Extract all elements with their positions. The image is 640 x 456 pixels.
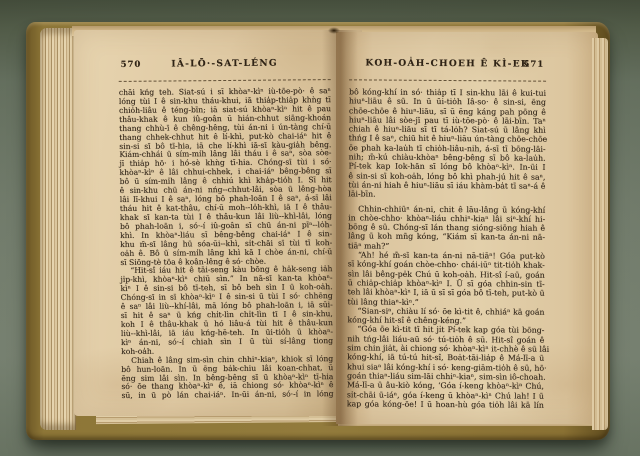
right-running-head: KOH-OA̍H-CHOEH Ê KÌ-EK <box>365 58 530 69</box>
header-rule <box>349 79 546 81</box>
spine-notch <box>326 26 342 35</box>
page-edges-top <box>72 26 596 36</box>
right-page-header: KOH-OA̍H-CHOEH Ê KÌ-EK 571 <box>349 58 546 71</box>
text-line: kap góa kóng-ōe! I ū hoan-hù góa tio̍h l… <box>347 399 544 410</box>
left-running-head: IÂ-LŌ·-SAT-LÉNG <box>171 59 278 70</box>
page-edges-left <box>40 28 76 430</box>
left-page-body: chāi kńg teh. Siat-sú i sī khòaⁿ-kìⁿ iù-… <box>119 87 334 401</box>
page-edges-bottom-left <box>96 413 350 424</box>
page-edges-bottom-right <box>338 420 594 426</box>
left-page-text: 570 IÂ-LŌ·-SAT-LÉNG chāi kńg teh. Siat-s… <box>119 56 334 401</box>
left-page-header: 570 IÂ-LŌ·-SAT-LÉNG <box>119 58 331 72</box>
text-line: tùi án-ni hiah ê hiuⁿ-liāu sī iáu khàm-b… <box>348 180 545 191</box>
right-page-text: KOH-OA̍H-CHOEH Ê KÌ-EK 571 bô kóng-khí i… <box>347 56 546 409</box>
photo-background: 570 IÂ-LŌ·-SAT-LÉNG chāi kńg teh. Siat-s… <box>0 0 640 456</box>
right-page-body: bô kóng-khí in só· thia̍p tī I sin-khu l… <box>347 87 546 409</box>
text-line: sū, in ū pò lán chai-iáⁿ. In-ūi án-ni, s… <box>121 390 333 401</box>
page-edges-right <box>592 38 608 430</box>
text-line: lāi-bīn. <box>348 190 545 201</box>
left-page-number: 570 <box>121 60 142 70</box>
right-page-number: 571 <box>523 60 544 70</box>
header-rule <box>119 79 331 82</box>
